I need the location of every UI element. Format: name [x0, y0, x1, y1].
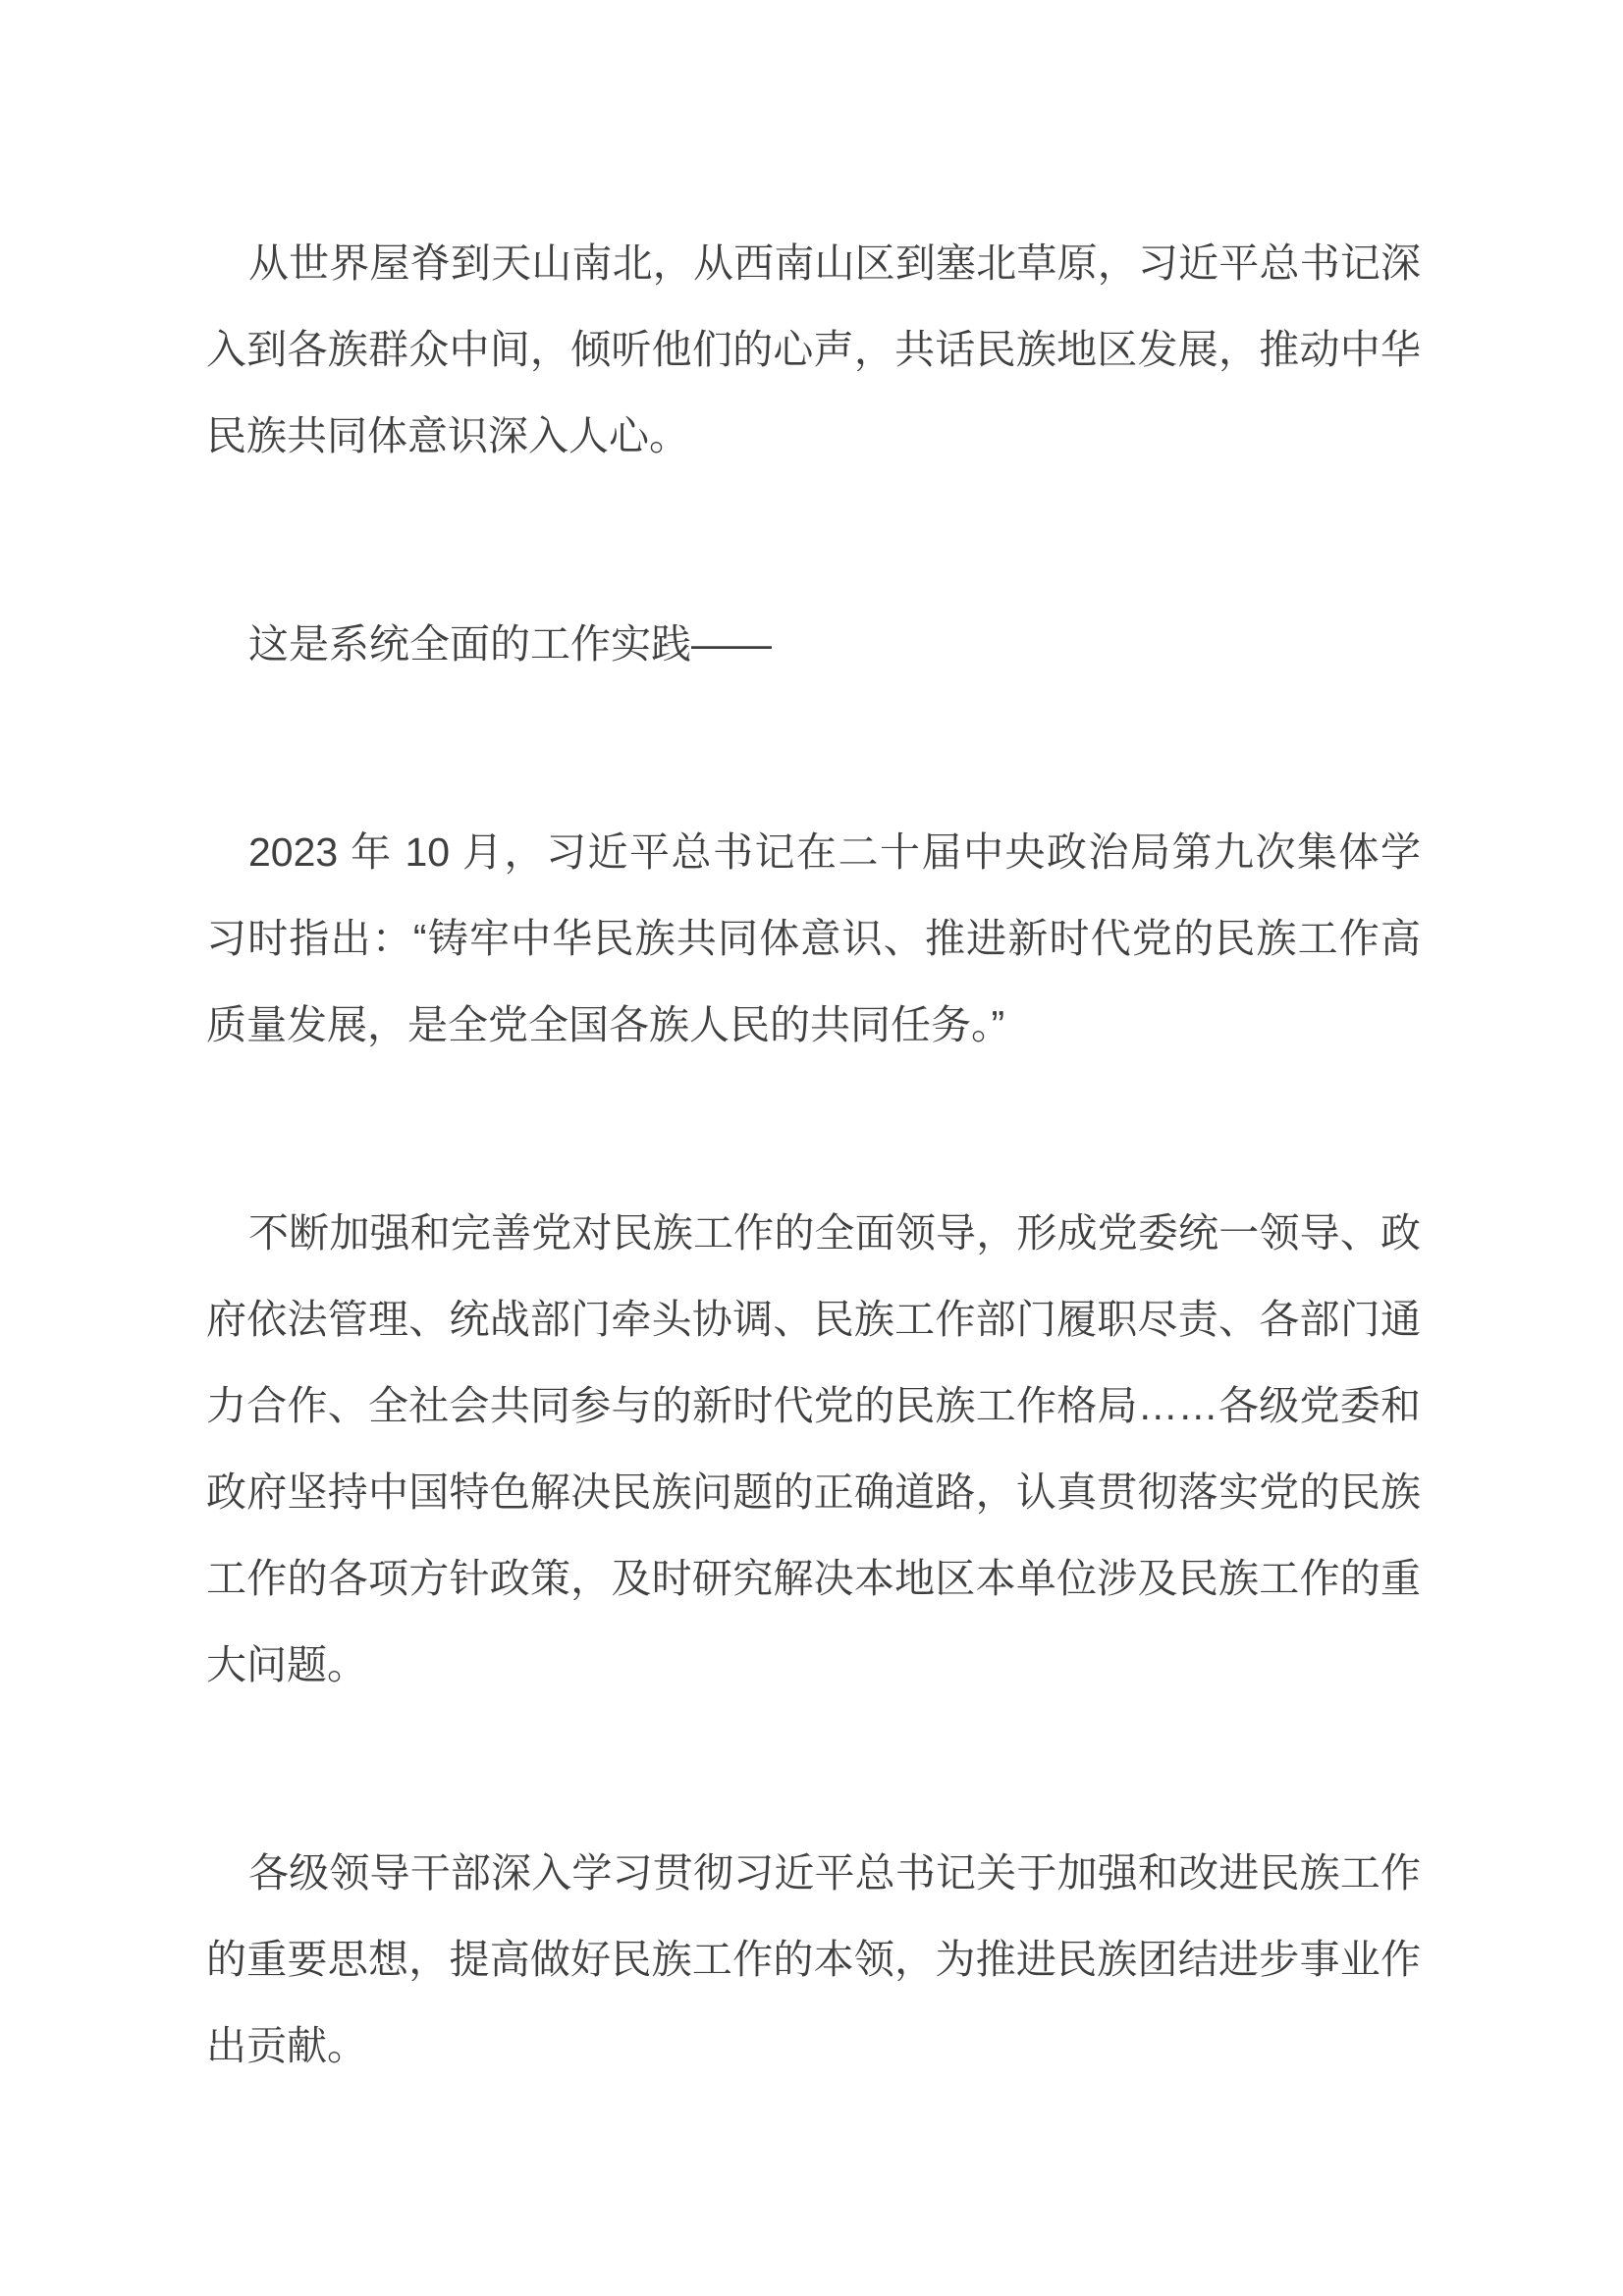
paragraph: 这是系统全面的工作实践—— — [206, 601, 1421, 687]
paragraph: 2023 年 10 月，习近平总书记在二十届中央政治局第九次集体学习时指出：“铸… — [206, 809, 1421, 1068]
paragraph: 各级领导干部深入学习贯彻习近平总书记关于加强和改进民族工作的重要思想，提高做好民… — [206, 1830, 1421, 2089]
paragraph: 从世界屋脊到天山南北，从西南山区到塞北草原，习近平总书记深入到各族群众中间，倾听… — [206, 220, 1421, 479]
document-content: 从世界屋脊到天山南北，从西南山区到塞北草原，习近平总书记深入到各族群众中间，倾听… — [0, 0, 1623, 2089]
paragraph: 不断加强和完善党对民族工作的全面领导，形成党委统一领导、政府依法管理、统战部门牵… — [206, 1190, 1421, 1708]
document-page: 从世界屋脊到天山南北，从西南山区到塞北草原，习近平总书记深入到各族群众中间，倾听… — [0, 0, 1623, 2296]
